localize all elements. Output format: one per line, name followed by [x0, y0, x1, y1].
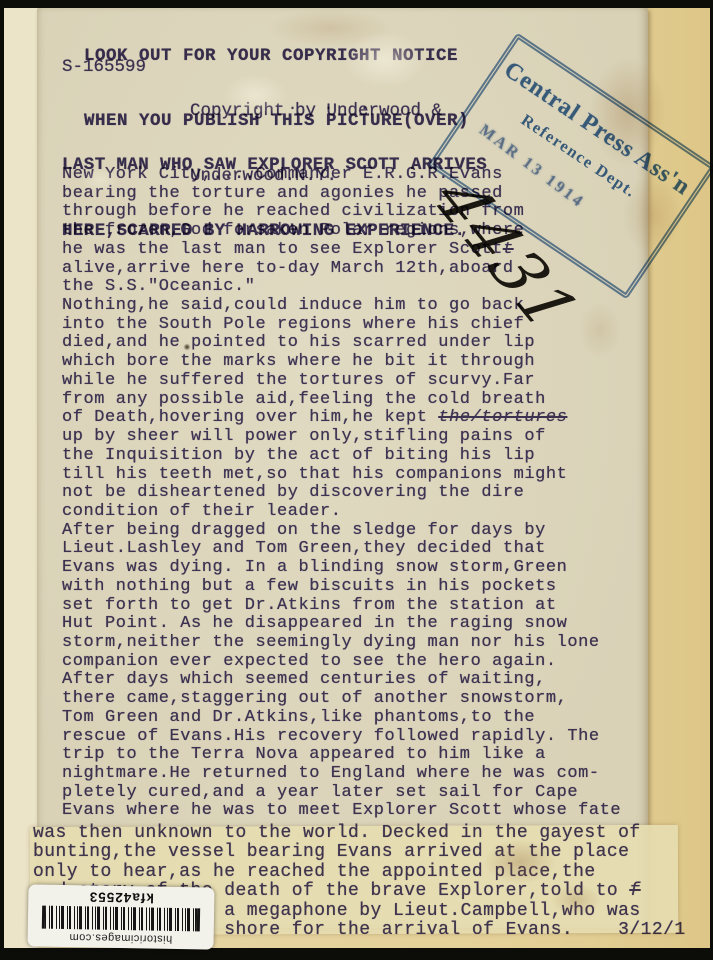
typed-line: not be disheartened by discovering the d…: [62, 484, 621, 503]
typed-line: with nothing but a few biscuits in his p…: [62, 578, 621, 597]
typed-line: Hut Point. As he disappeared in the ragi…: [62, 615, 621, 634]
typed-line: set forth to get Dr.Atkins from the stat…: [62, 597, 621, 616]
typed-line: trip to the Terra Nova appeared to him l…: [62, 746, 621, 765]
typed-line: After days which seemed centuries of wai…: [62, 671, 621, 690]
typed-line: from any possible aid,feeling the cold b…: [62, 391, 621, 410]
typed-line: Evans was dying. In a blinding snow stor…: [62, 559, 621, 578]
typed-line: the Inquisition by the act of biting his…: [62, 447, 621, 466]
photo-id: S-165599: [62, 57, 146, 77]
typed-line: pletely cured,and a year later set sail …: [62, 784, 621, 803]
typed-line: there came,staggering out of another sno…: [62, 690, 621, 709]
barcode-sticker: historicimages.com kfa42553: [27, 884, 214, 949]
photo-back: LOOK OUT FOR YOUR COPYRIGHT NOTICE WHEN …: [0, 0, 713, 960]
typed-line: died,and he pointed to his scarred under…: [62, 334, 621, 353]
typed-line: bunting,the vessel bearing Evans arrived…: [33, 843, 686, 862]
typed-line: Evans where he was to meet Explorer Scot…: [62, 802, 621, 821]
typed-line: while he suffered the tortures of scurvy…: [62, 372, 621, 391]
typed-line: up by sheer will power only,stifling pai…: [62, 428, 621, 447]
typed-line: Lieut.Lashley and Tom Green,they decided…: [62, 540, 621, 559]
typed-line: till his teeth met,so that his companion…: [62, 466, 621, 485]
typed-line: nightmare.He returned to England where h…: [62, 765, 621, 784]
sticker-website: historicimages.com: [69, 931, 172, 945]
typed-line: only to hear,as he reached the appointed…: [33, 863, 686, 882]
typed-line: After being dragged on the sledge for da…: [62, 522, 621, 541]
typed-line: Tom Green and Dr.Atkins,like phantoms,to…: [62, 709, 621, 728]
barcode: [42, 906, 200, 932]
typed-line: of Death,hovering over him,he kept the/t…: [62, 409, 621, 428]
sticker-code: kfa42553: [89, 889, 154, 905]
typed-line: condition of their leader.: [62, 503, 621, 522]
typed-line: companion ever expected to see the hero …: [62, 653, 621, 672]
typed-line: storm,neither the seemingly dying man no…: [62, 634, 621, 653]
typed-line: which bore the marks where he bit it thr…: [62, 353, 621, 372]
typed-line: was then unknown to the world. Decked in…: [33, 824, 686, 843]
typed-line: rescue of Evans.His recovery followed ra…: [62, 728, 621, 747]
